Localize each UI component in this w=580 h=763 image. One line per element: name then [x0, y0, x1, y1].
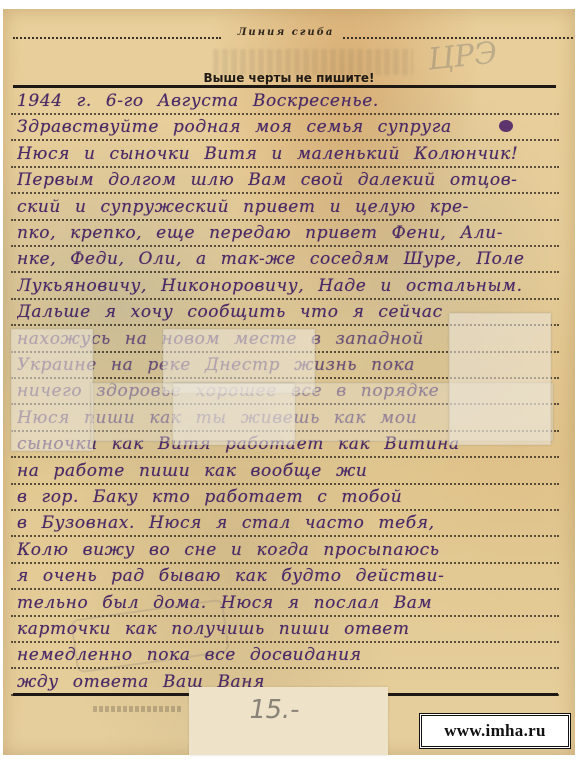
letter-line: на работе пиши как вообще жи: [17, 458, 567, 484]
watermark: www.imha.ru: [419, 713, 571, 749]
letter-line: Здравствуйте родная моя семья супруга: [17, 114, 567, 140]
letter-line: Первым долгом шлю Вам свой далекий отцов…: [17, 167, 567, 193]
page-number: 15.-: [246, 695, 302, 725]
letter-line: пко, крепко, еще передаю привет Фени, Ал…: [17, 220, 567, 246]
letter-line: я очень рад бываю как будто действи-: [17, 563, 567, 589]
tape-strip: [11, 329, 93, 451]
letter-line: Колю вижу во сне и когда просыпаюсь: [17, 537, 567, 563]
footer-rule-right: [388, 693, 558, 696]
letter-line: карточки как получишь пиши ответ: [17, 616, 567, 642]
bleed-through-footer: [93, 706, 183, 712]
letter-sheet: Линия сгиба ЦРЭ Выше черты не пишите! 19…: [3, 9, 575, 755]
letter-line: 1944 г. 6-го Августа Воскресенье.: [17, 88, 567, 114]
tape-strip: [449, 313, 551, 445]
label-strip: 15.-: [189, 687, 388, 755]
watermark-text: www.imha.ru: [444, 721, 546, 741]
letter-line: в Бузовнах. Нюся я стал часто тебя,: [17, 510, 567, 536]
letter-line: Нюся и сыночки Витя и маленький Колюнчик…: [17, 141, 567, 167]
letter-line: Лукьяновичу, Никоноровичу, Наде и осталь…: [17, 273, 567, 299]
letter-line: тельно был дома. Нюся я послал Вам: [17, 590, 567, 616]
letter-line: немедленно пока все досвидания: [17, 642, 567, 668]
letter-line: в гор. Баку кто работает с тобой: [17, 484, 567, 510]
ink-blot: [499, 120, 513, 132]
letter-line: ский и супружеский привет и целую кре-: [17, 194, 567, 220]
footer-rule-left: [13, 693, 189, 696]
letter-line: нке, Феди, Оли, а так-же соседям Шуре, П…: [17, 246, 567, 272]
